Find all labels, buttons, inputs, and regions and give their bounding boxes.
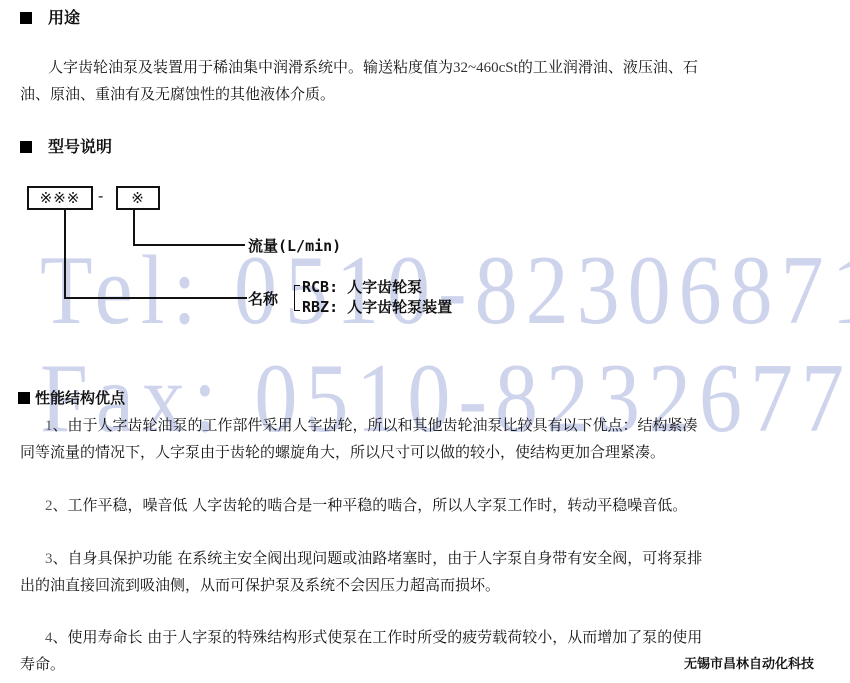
usage-paragraph: 人字齿轮油泵及装置用于稀油集中润滑系统中。输送粘度值为32~460cSt的工业润… (20, 54, 698, 107)
usage-heading: 用途 (20, 5, 80, 28)
name-connector-horizontal (64, 297, 247, 299)
feature-item-1: 1、由于人字齿轮油泵的工作部件采用人字齿轮，所以和其他齿轮油泵比较具有以下优点：… (20, 412, 698, 465)
square-bullet-icon (20, 141, 32, 153)
option-rbz: RBZ: 人字齿轮泵装置 (302, 296, 452, 317)
features-heading: 性能结构优点 (18, 387, 125, 408)
model-box-name: ※※※ (27, 186, 93, 210)
square-bullet-icon (18, 392, 30, 404)
name-label: 名称 (248, 288, 278, 309)
flow-label: 流量(L/min) (248, 235, 341, 256)
model-dash: - (98, 187, 103, 205)
flow-connector-vertical (133, 210, 135, 245)
feature-item-2: 2、工作平稳，噪音低 人字齿轮的啮合是一种平稳的啮合，所以人字泵工作时，转动平稳… (20, 492, 687, 519)
square-bullet-icon (20, 12, 32, 24)
name-connector-vertical (64, 210, 66, 298)
company-name: 无锡市昌林自动化科技 (684, 653, 814, 672)
options-bracket (294, 285, 300, 311)
feature-item-3: 3、自身具保护功能 在系统主安全阀出现问题或油路堵塞时，由于人字泵自身带有安全阀… (20, 545, 702, 598)
flow-connector-horizontal (133, 244, 245, 246)
feature-item-4: 4、使用寿命长 由于人字泵的特殊结构形式使泵在工作时所受的疲劳载荷较小，从而增加… (20, 624, 702, 677)
model-box-flow: ※ (116, 186, 160, 210)
option-rcb: RCB: 人字齿轮泵 (302, 276, 422, 297)
model-heading: 型号说明 (20, 134, 112, 157)
viscosity-value: 32~460cSt (453, 60, 518, 76)
